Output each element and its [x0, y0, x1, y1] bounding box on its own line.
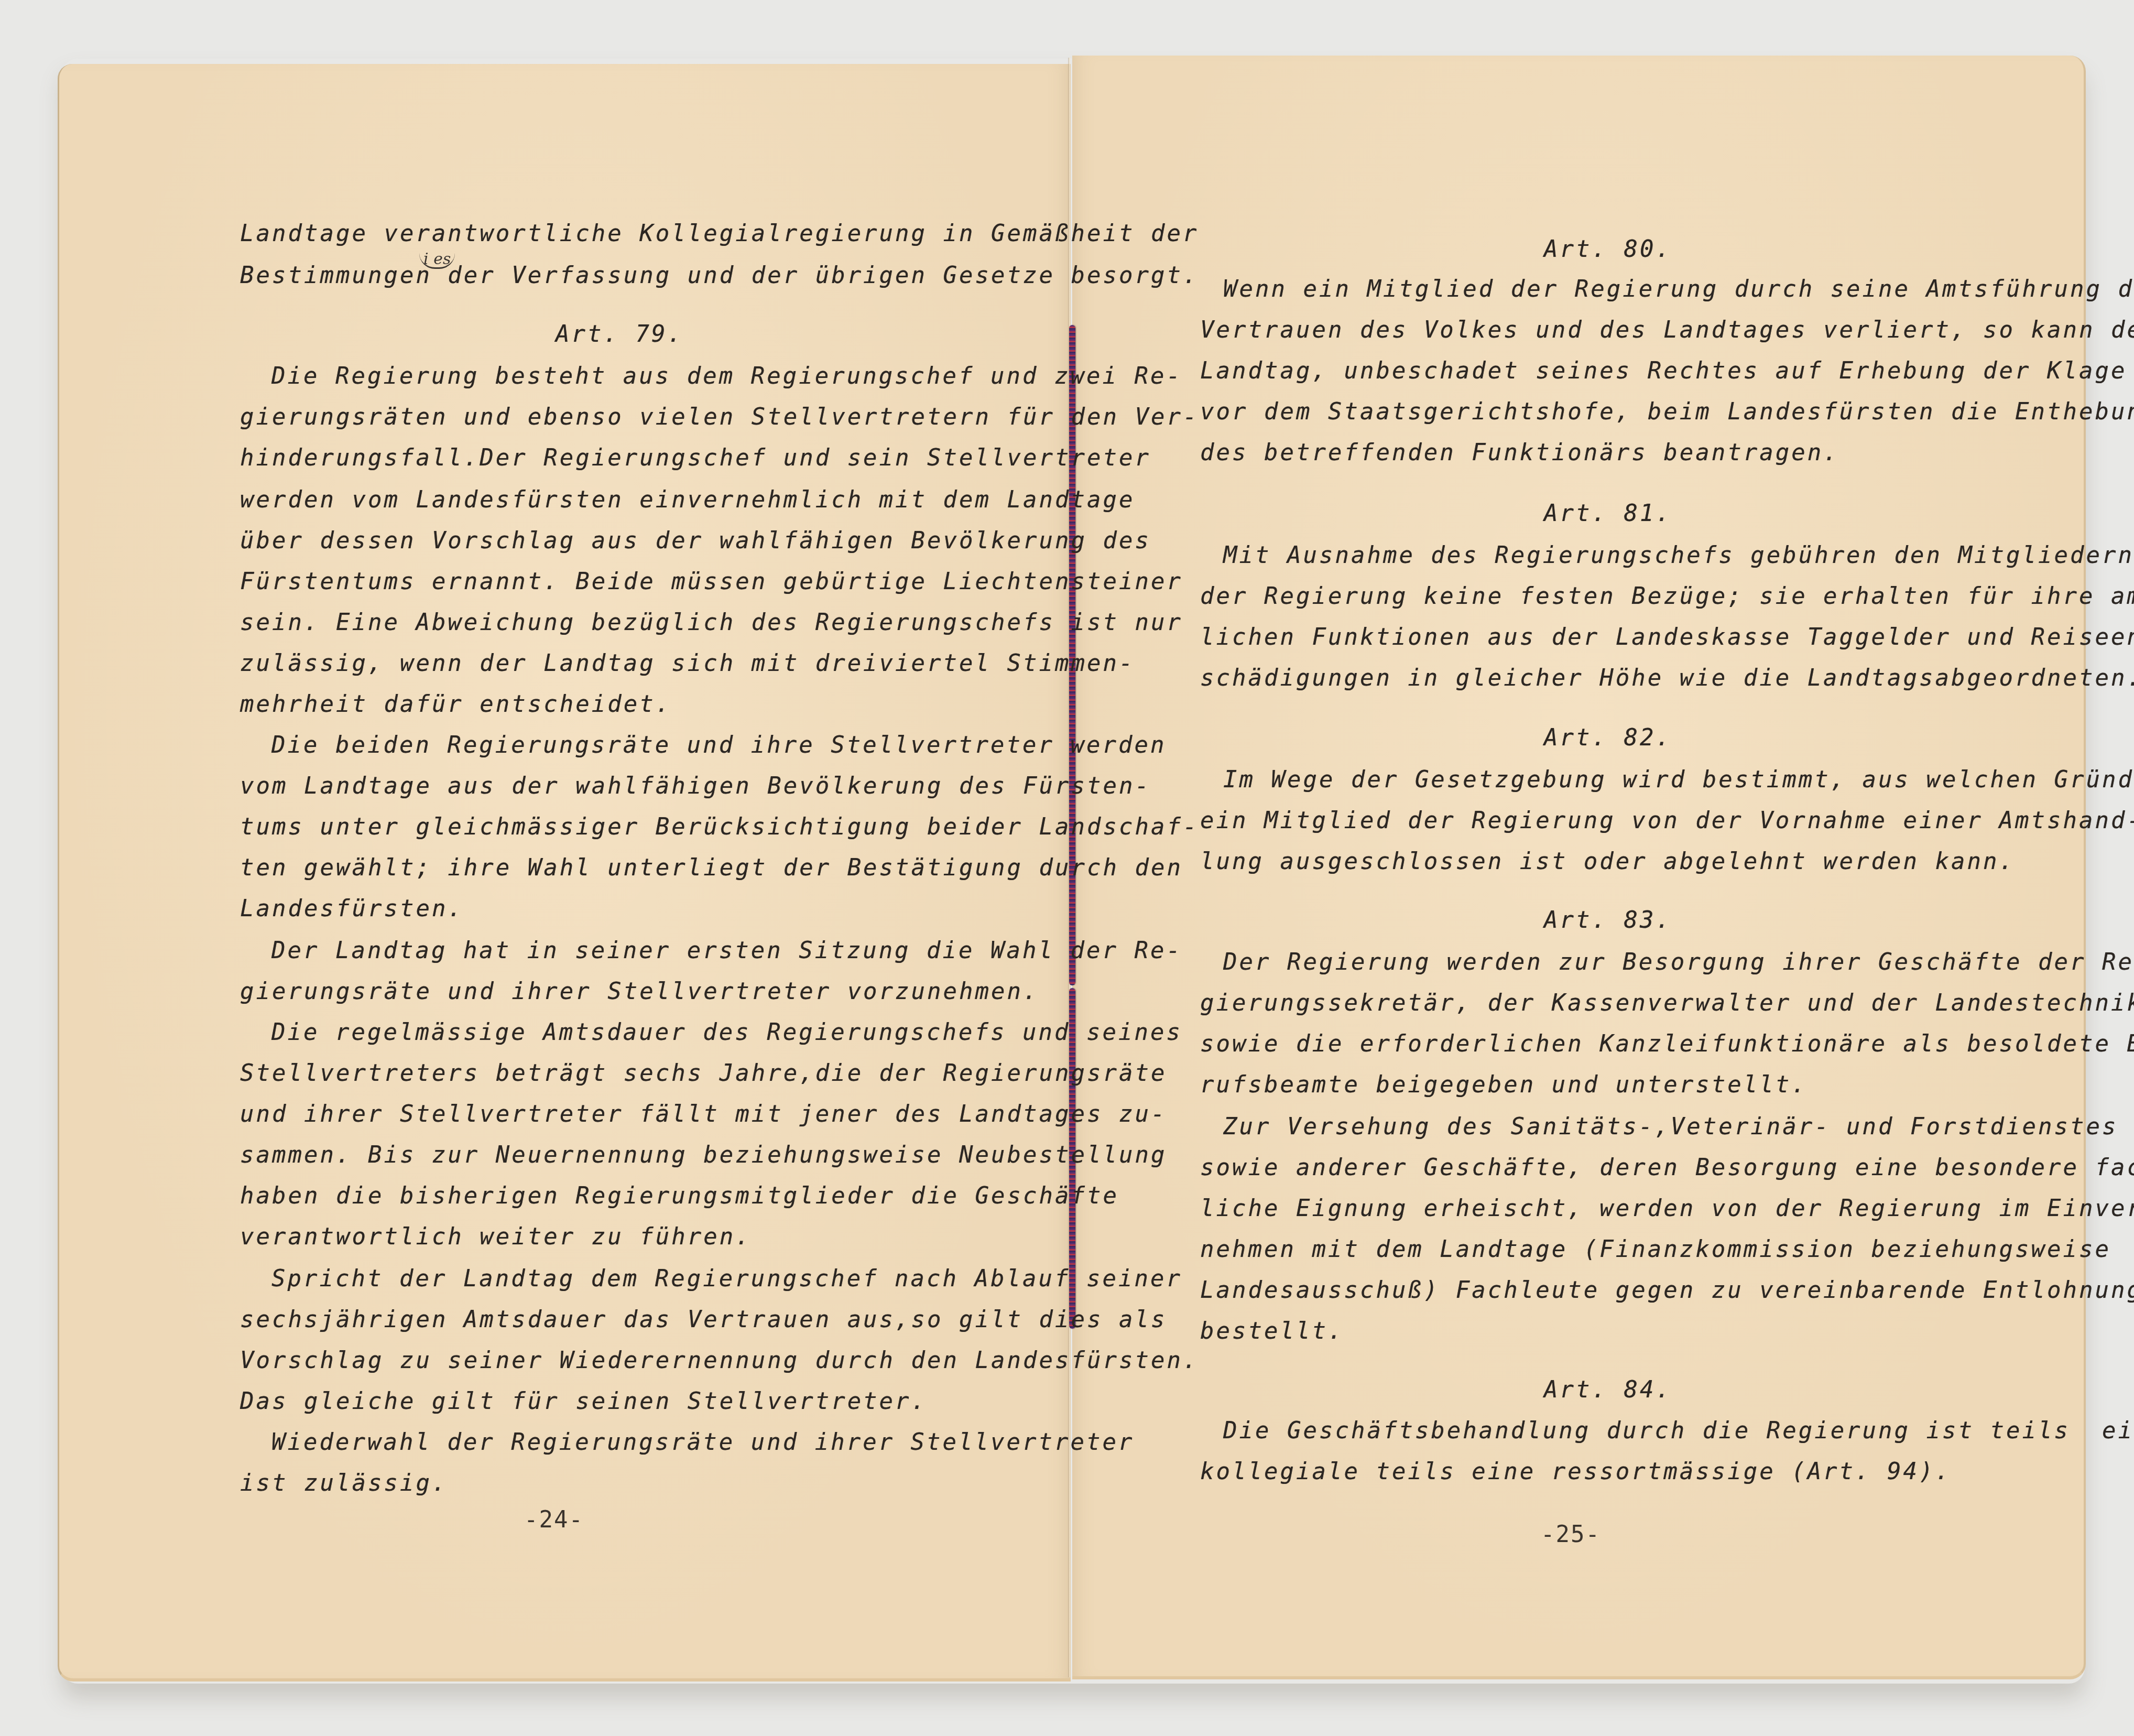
text-line: über dessen Vorschlag aus der wahlfähige… — [240, 526, 1151, 556]
text-line: sein. Eine Abweichung bezüglich des Regi… — [240, 608, 1183, 637]
text-line: und ihrer Stellvertreter fällt mit jener… — [240, 1100, 1167, 1129]
text-line: kollegiale teils eine ressortmässige (Ar… — [1200, 1457, 1951, 1487]
text-line: sowie die erforderlichen Kanzleifunktion… — [1200, 1029, 2134, 1059]
article-heading-80: Art. 80. — [1544, 235, 1672, 264]
text-line: nehmen mit dem Landtage (Finanzkommissio… — [1200, 1235, 2111, 1264]
text-line: Das gleiche gilt für seinen Stellvertret… — [240, 1387, 927, 1416]
text-line: haben die bisherigen Regierungsmitgliede… — [240, 1181, 1119, 1211]
text-line: Die Geschäftsbehandlung durch die Regier… — [1223, 1416, 2134, 1446]
text-line: vor dem Staatsgerichtshofe, beim Landesf… — [1200, 397, 2134, 427]
text-line: mehrheit dafür entscheidet. — [240, 690, 671, 719]
text-line: Stellvertreters beträgt sechs Jahre,die … — [240, 1059, 1167, 1088]
text-line: Vertrauen des Volkes und des Landtages v… — [1200, 316, 2134, 345]
article-heading-84: Art. 84. — [1544, 1375, 1672, 1405]
text-line: gierungsräten und ebenso vielen Stellver… — [240, 403, 1199, 432]
text-line: Der Regierung werden zur Besorgung ihrer… — [1223, 948, 2134, 977]
text-line: gierungssekretär, der Kassenverwalter un… — [1200, 989, 2134, 1018]
text-line: ist zulässig. — [240, 1469, 448, 1498]
text-line: ten gewählt; ihre Wahl unterliegt der Be… — [240, 853, 1183, 883]
text-line: hinderungsfall.Der Regierungschef und se… — [240, 443, 1151, 473]
page-number-right: -25- — [1541, 1520, 1600, 1549]
text-line: sammen. Bis zur Neuernennung beziehungsw… — [240, 1141, 1167, 1170]
text-line: der Regierung keine festen Bezüge; sie e… — [1200, 582, 2134, 611]
text-line: Der Landtag hat in seiner ersten Sitzung… — [271, 936, 1182, 965]
text-line: Landesfürsten. — [240, 894, 464, 924]
text-line: Landesausschuß) Fachleute gegen zu verei… — [1200, 1276, 2134, 1305]
text-line: Die Regierung besteht aus dem Regierungs… — [271, 362, 1182, 391]
text-line: tums unter gleichmässiger Berücksichtigu… — [240, 812, 1199, 842]
text-line: liche Eignung erheischt, werden von der … — [1200, 1194, 2134, 1223]
text-line: sechsjährigen Amtsdauer das Vertrauen au… — [240, 1305, 1167, 1334]
text-line: Die beiden Regierungsräte und ihre Stell… — [271, 731, 1166, 760]
text-line: zulässig, wenn der Landtag sich mit drei… — [240, 649, 1135, 678]
text-line: schädigungen in gleicher Höhe wie die La… — [1200, 664, 2134, 693]
text-line: werden vom Landesfürsten einvernehmlich … — [240, 485, 1135, 515]
text-line: rufsbeamte beigegeben und unterstellt. — [1200, 1070, 1808, 1100]
text-line: Wiederwahl der Regierungsräte und ihrer … — [271, 1428, 1134, 1457]
text-line: Spricht der Landtag dem Regierungschef n… — [271, 1264, 1182, 1294]
text-line: Landtag, unbeschadet seines Rechtes auf … — [1200, 356, 2127, 386]
text-line: gierungsräte und ihrer Stellvertreter vo… — [240, 977, 1039, 1006]
text-line: Mit Ausnahme des Regierungschefs gebühre… — [1223, 541, 2134, 570]
text-line: Vorschlag zu seiner Wiederernennung durc… — [240, 1346, 1199, 1375]
text-line: Fürstentums ernannt. Beide müssen gebürt… — [240, 567, 1183, 596]
text-line: Zur Versehung des Sanitäts-,Veterinär- u… — [1223, 1112, 2118, 1142]
article-heading-79: Art. 79. — [556, 320, 683, 349]
text-line: lichen Funktionen aus der Landeskasse Ta… — [1200, 623, 2134, 652]
text-line: sowie anderer Geschäfte, deren Besorgung… — [1200, 1153, 2134, 1182]
text-line: Wenn ein Mitglied der Regierung durch se… — [1223, 275, 2134, 304]
text-line: vom Landtage aus der wahlfähigen Bevölke… — [240, 772, 1151, 801]
article-heading-82: Art. 82. — [1544, 723, 1672, 753]
text-line: Bestimmungen der Verfassung und der übri… — [240, 261, 1199, 290]
page-number-left: -24- — [524, 1505, 584, 1535]
text-line: verantwortlich weiter zu führen. — [240, 1222, 752, 1252]
text-line: Landtage verantwortliche Kollegialregier… — [240, 219, 1199, 248]
text-line: ein Mitglied der Regierung von der Vorna… — [1200, 806, 2134, 836]
text-line: des betreffenden Funktionärs beantragen. — [1200, 438, 1839, 468]
text-line: lung ausgeschlossen ist oder abgelehnt w… — [1200, 847, 2015, 876]
article-heading-83: Art. 83. — [1544, 906, 1672, 935]
text-line: Die regelmässige Amtsdauer des Regierung… — [271, 1018, 1182, 1047]
text-line: bestellt. — [1200, 1317, 1344, 1346]
text-line: Im Wege der Gesetzgebung wird bestimmt, … — [1223, 765, 2134, 795]
article-heading-81: Art. 81. — [1544, 499, 1672, 528]
